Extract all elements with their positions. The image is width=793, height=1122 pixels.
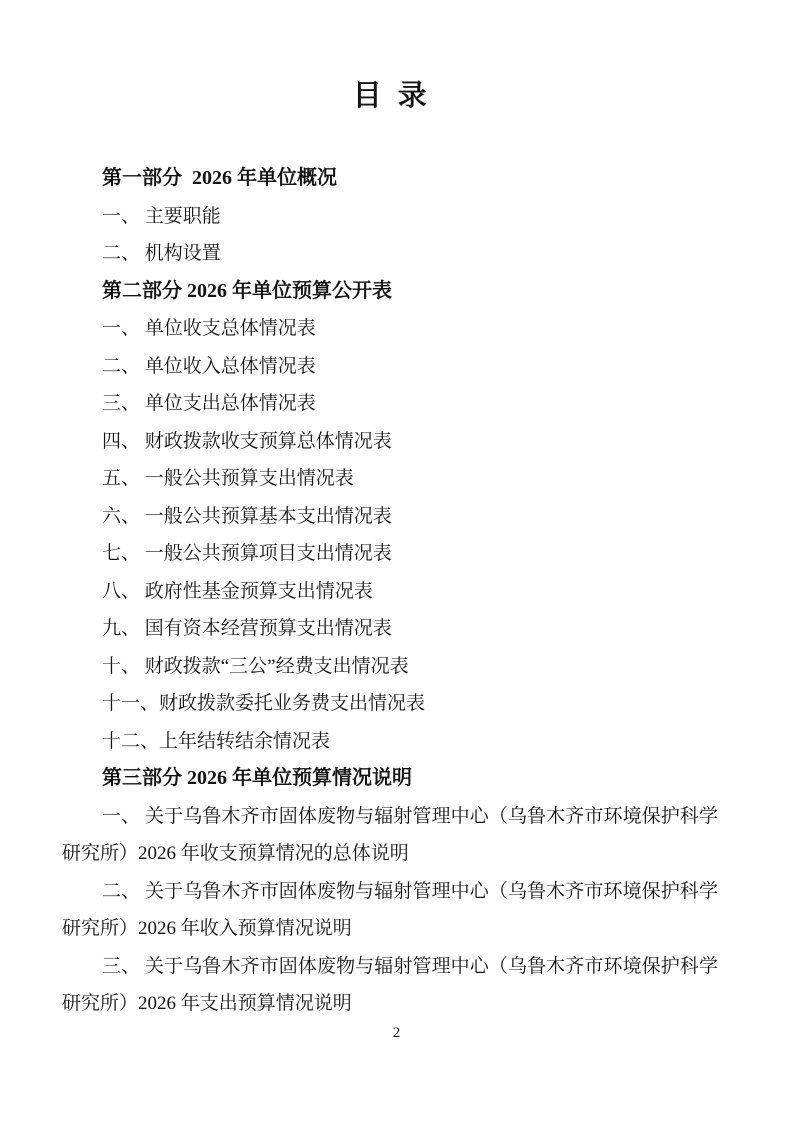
- toc-entry: 一、 单位收支总体情况表: [62, 310, 718, 348]
- toc-entry: 六、 一般公共预算基本支出情况表: [62, 498, 718, 536]
- toc-entry: 三、 单位支出总体情况表: [62, 385, 718, 423]
- toc-entry: 七、 一般公共预算项目支出情况表: [62, 535, 718, 573]
- table-of-contents: 第一部分 2026 年单位概况 一、 主要职能 二、 机构设置 第二部分 202…: [62, 160, 718, 1023]
- toc-entry: 十、 财政拨款“三公”经费支出情况表: [62, 648, 718, 686]
- toc-paragraph: 一、 关于乌鲁木齐市固体废物与辐射管理中心（乌鲁木齐市环境保护科学研究所）202…: [62, 798, 718, 873]
- toc-entry: 八、 政府性基金预算支出情况表: [62, 573, 718, 611]
- toc-entry: 九、 国有资本经营预算支出情况表: [62, 610, 718, 648]
- toc-entry: 十一、财政拨款委托业务费支出情况表: [62, 685, 718, 723]
- section-heading-part3: 第三部分 2026 年单位预算情况说明: [62, 760, 718, 798]
- toc-entry: 一、 主要职能: [62, 198, 718, 236]
- section-heading-part2: 第二部分 2026 年单位预算公开表: [62, 273, 718, 311]
- toc-entry: 二、 单位收入总体情况表: [62, 348, 718, 386]
- toc-paragraph: 三、 关于乌鲁木齐市固体废物与辐射管理中心（乌鲁木齐市环境保护科学研究所）202…: [62, 948, 718, 1023]
- toc-entry: 十二、上年结转结余情况表: [62, 723, 718, 761]
- page-number: 2: [0, 1025, 793, 1042]
- document-content: 目 录 第一部分 2026 年单位概况 一、 主要职能 二、 机构设置 第二部分…: [62, 0, 718, 1023]
- document-page: 目 录 第一部分 2026 年单位概况 一、 主要职能 二、 机构设置 第二部分…: [0, 0, 793, 1122]
- toc-paragraph: 二、 关于乌鲁木齐市固体废物与辐射管理中心（乌鲁木齐市环境保护科学研究所）202…: [62, 873, 718, 948]
- toc-entry: 四、 财政拨款收支预算总体情况表: [62, 423, 718, 461]
- toc-entry: 五、 一般公共预算支出情况表: [62, 460, 718, 498]
- section-heading-part1: 第一部分 2026 年单位概况: [62, 160, 718, 198]
- page-title: 目 录: [62, 76, 718, 116]
- toc-entry: 二、 机构设置: [62, 235, 718, 273]
